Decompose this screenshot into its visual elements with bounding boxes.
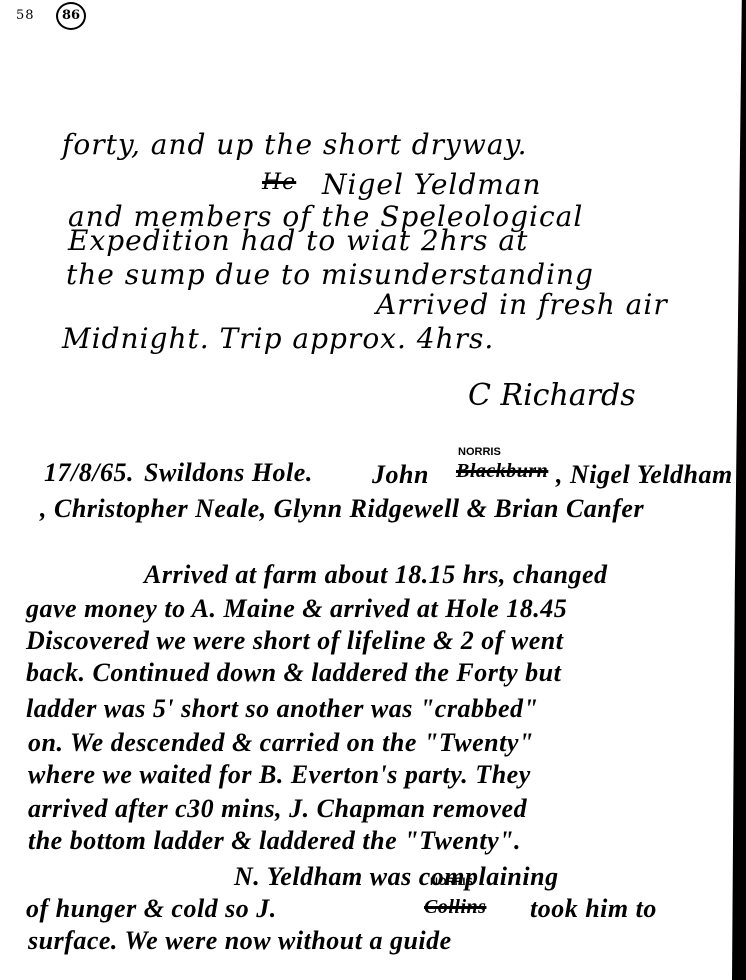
entry-two-struck-surname: Blackburn bbox=[456, 460, 548, 483]
signature: C Richards bbox=[468, 378, 636, 413]
entry-two-line-2: gave money to A. Maine & arrived at Hole… bbox=[26, 594, 567, 624]
entry-one-line-4: Expedition had to wiat 2hrs at bbox=[68, 224, 528, 257]
entry-two-date: 17/8/65. bbox=[44, 458, 134, 488]
entry-two-people-line-2: , Christopher Neale, Glynn Ridgewell & B… bbox=[40, 494, 644, 524]
entry-two-line-11-end: took him to bbox=[530, 894, 657, 924]
entry-one-line-7: Midnight. Trip approx. 4hrs. bbox=[62, 322, 494, 355]
entry-two-line-7: where we waited for B. Everton's party. … bbox=[28, 760, 531, 790]
name-correction: NORRIS bbox=[430, 876, 473, 888]
entry-two-line-9: the bottom ladder & laddered the "Twenty… bbox=[28, 826, 521, 856]
surname-correction: NORRIS bbox=[458, 446, 501, 458]
entry-two-line-4: back. Continued down & laddered the Fort… bbox=[26, 658, 561, 688]
entry-two-struck-name: Collins bbox=[424, 896, 486, 919]
entry-one-line-6: Arrived in fresh air bbox=[376, 288, 668, 321]
entry-two-place: Swildons Hole. bbox=[144, 458, 313, 488]
entry-two-line-6: on. We descended & carried on the "Twent… bbox=[28, 728, 534, 758]
entry-one-struck-word: He bbox=[262, 170, 296, 195]
entry-one-line-5: the sump due to misunderstanding bbox=[66, 258, 594, 291]
scanned-page: 58 86 forty, and up the short dryway. He… bbox=[0, 0, 746, 980]
entry-two-line-10: N. Yeldham was complaining bbox=[234, 862, 559, 892]
entry-two-line-3: Discovered we were short of lifeline & 2… bbox=[26, 626, 563, 656]
entry-two-line-11: of hunger & cold so J. bbox=[26, 894, 277, 924]
entry-one-line-2: Nigel Yeldman bbox=[322, 168, 542, 201]
entry-two-person-first-name: John bbox=[372, 460, 429, 490]
folio-number: 58 bbox=[16, 8, 35, 23]
scan-border bbox=[732, 0, 746, 980]
entry-two-line-12: surface. We were now without a guide bbox=[28, 926, 452, 956]
circled-page-number: 86 bbox=[56, 2, 86, 30]
entry-two-line-8: arrived after c30 mins, J. Chapman remov… bbox=[28, 794, 527, 824]
entry-two-people-line-1: , Nigel Yeldham bbox=[556, 460, 733, 490]
entry-one-line-1: forty, and up the short dryway. bbox=[62, 128, 528, 161]
entry-two-line-1: Arrived at farm about 18.15 hrs, changed bbox=[144, 560, 608, 590]
entry-two-line-5: ladder was 5' short so another was "crab… bbox=[26, 694, 538, 724]
